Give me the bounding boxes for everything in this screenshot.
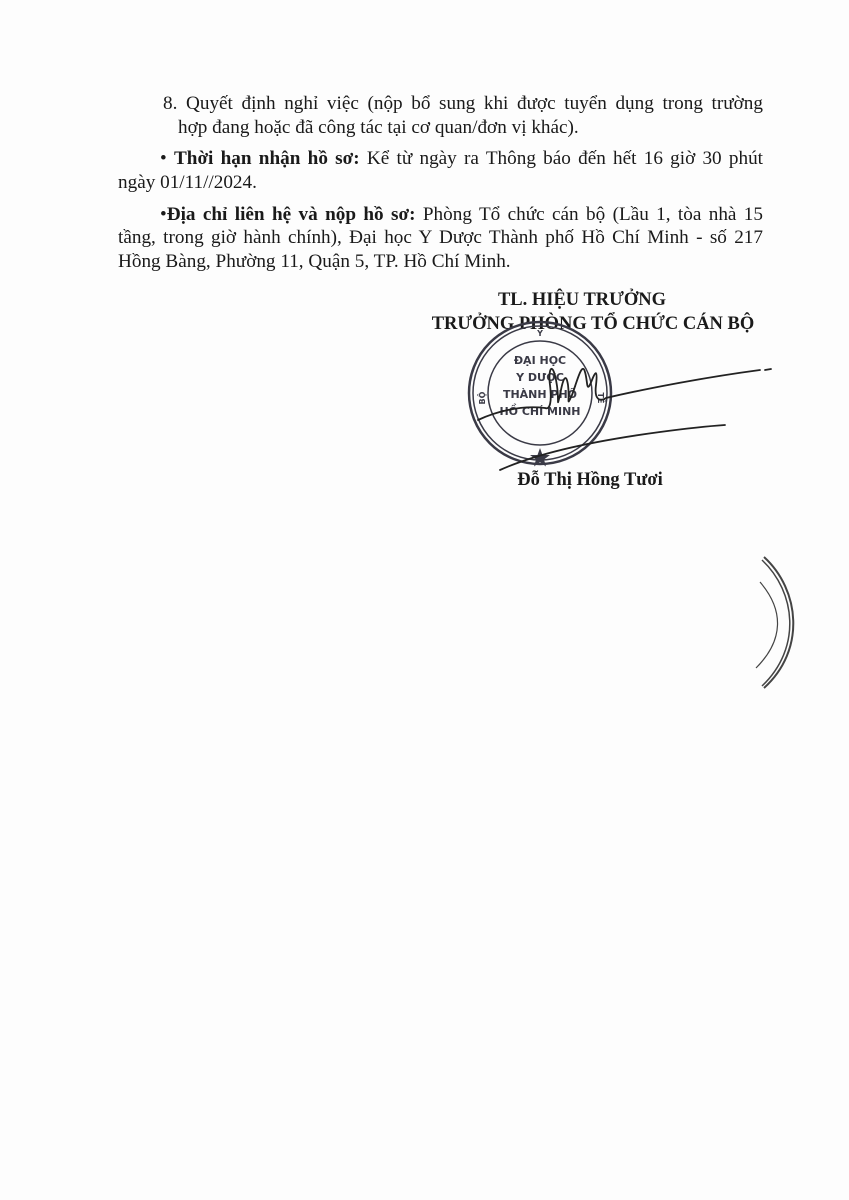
document-page: 8. Quyết định nghỉ việc (nộp bổ sung khi… [0, 0, 849, 1200]
partial-seal-edge-icon [0, 0, 849, 1200]
